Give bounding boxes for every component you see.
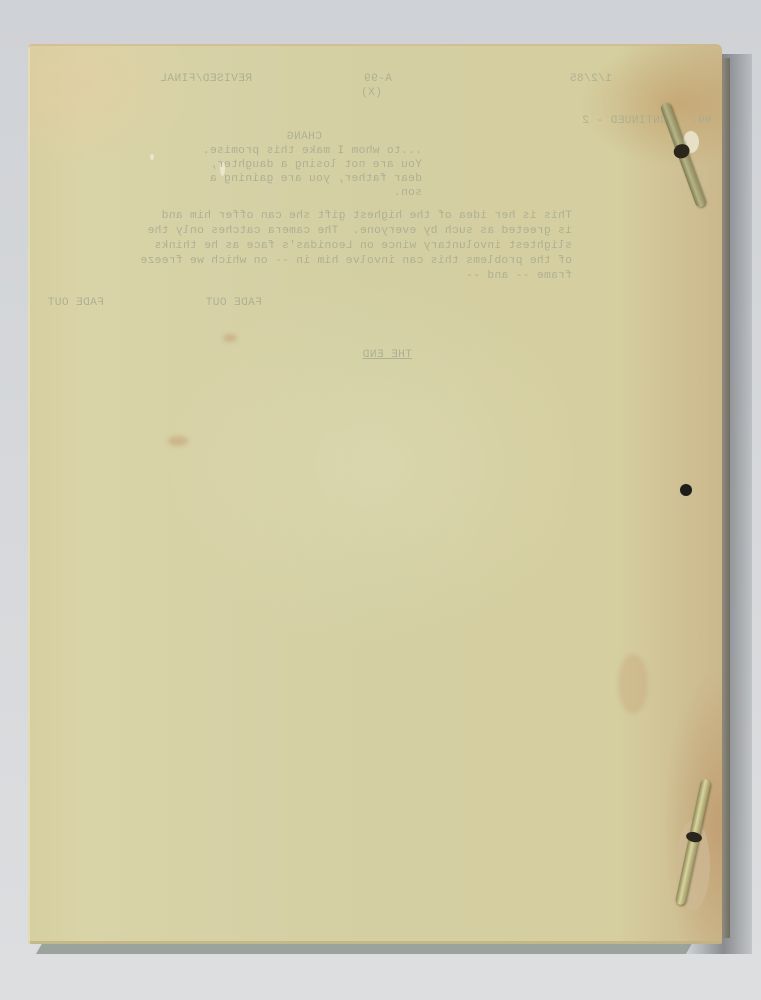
action-line: is greeted as such by everyone. The came… (147, 224, 572, 239)
header-center-sub: (X) (361, 86, 382, 101)
scene-heading: CONTINUED - 2 (582, 114, 674, 129)
dialogue-line: ...to whom I make this promise. (203, 144, 422, 159)
action-line: This is her idea of the highest gift she… (161, 209, 572, 224)
punch-hole (680, 484, 692, 496)
dialogue-line: son. (394, 186, 422, 201)
scene-number: 99. (691, 114, 712, 129)
the-end-label: THE END (362, 348, 412, 363)
action-line: slightest involuntary wince on Leonidas'… (154, 239, 572, 254)
header-center: A-99 (364, 72, 392, 87)
action-line: of the problems this can involve him in … (140, 254, 572, 269)
header-right: 1/2/85 (570, 72, 612, 87)
showthrough-text: 1/2/85 A-99 (X) REVISED/FINAL 99. CONTIN… (28, 44, 722, 944)
dialogue-line: dear father, you are gaining a (210, 172, 422, 187)
header-left: REVISED/FINAL (160, 72, 252, 87)
transition-fade-out-left: FADE OUT (47, 296, 104, 311)
typescript-page: 1/2/85 A-99 (X) REVISED/FINAL 99. CONTIN… (28, 44, 722, 944)
character-cue: CHANG (287, 130, 322, 145)
transition-fade-out: FADE OUT (205, 296, 262, 311)
dialogue-line: You are not losing a daughter, (210, 158, 422, 173)
action-line: frame -- and -- (466, 269, 572, 284)
